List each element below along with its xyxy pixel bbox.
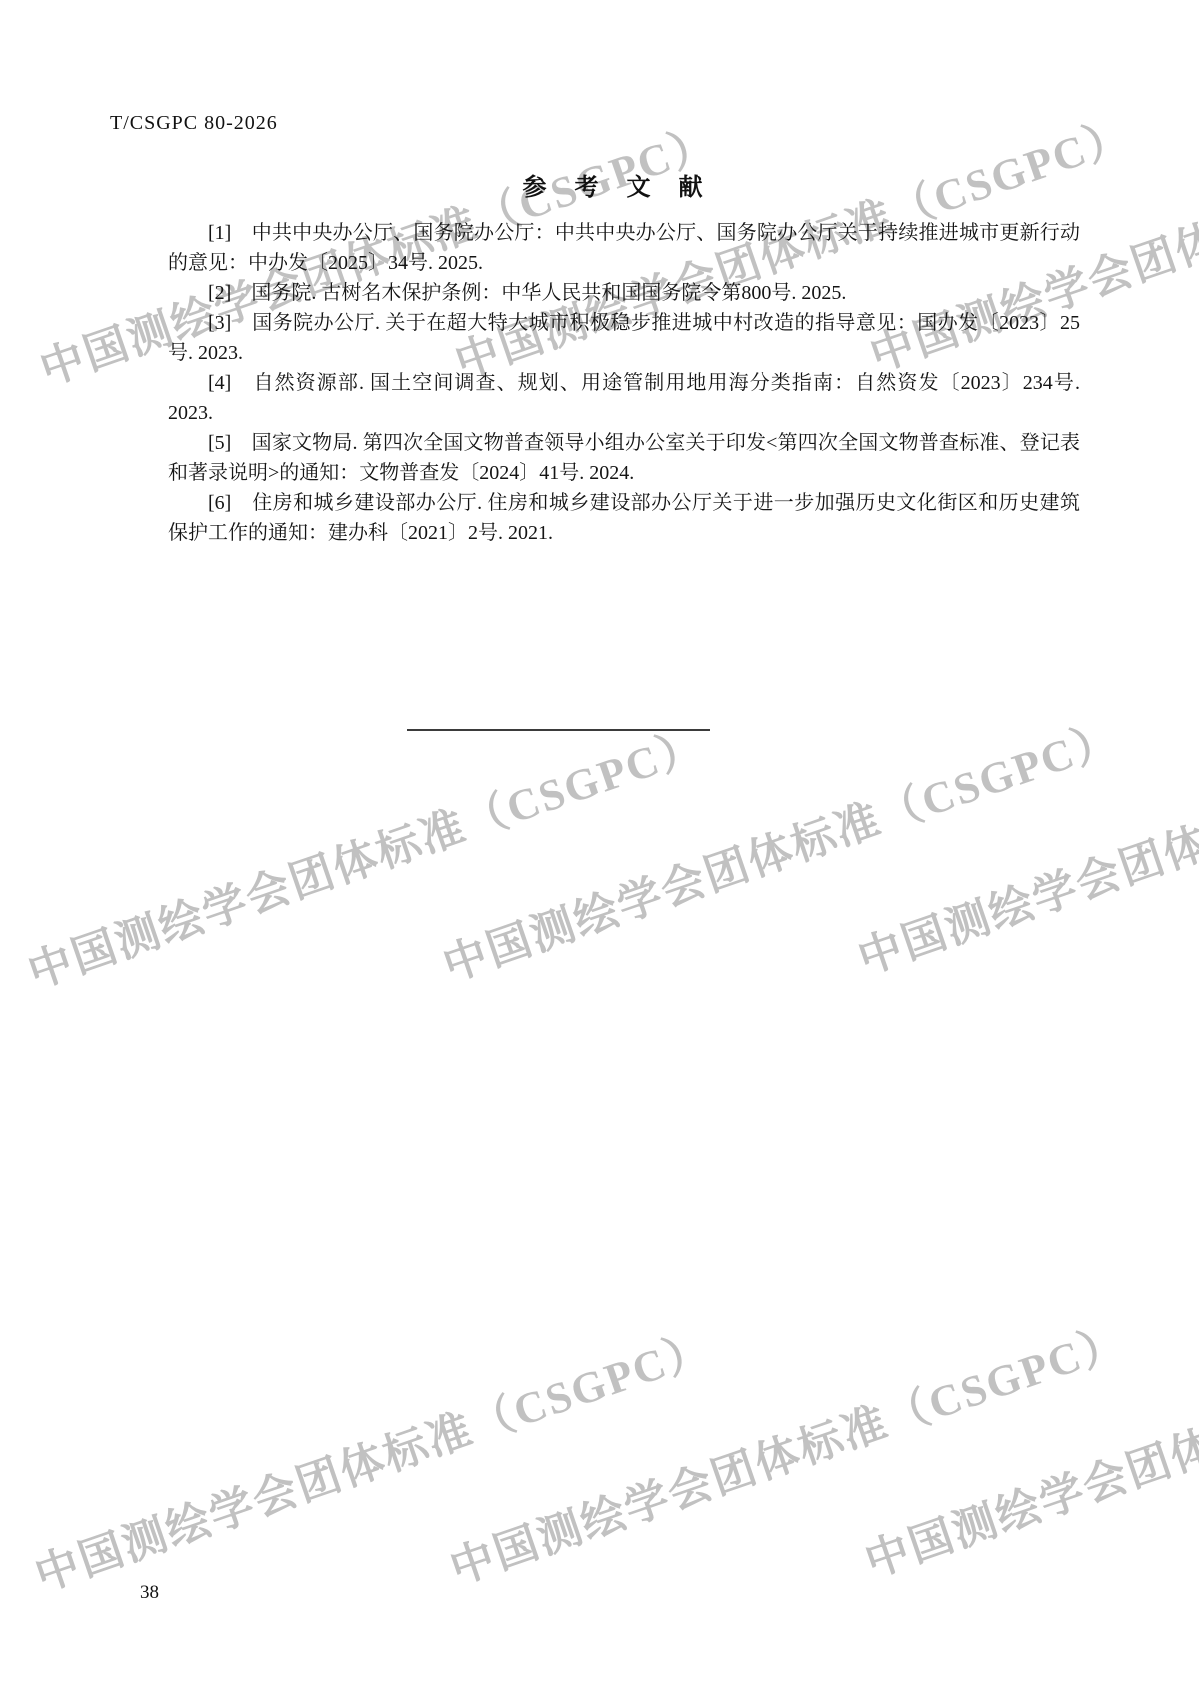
reference-item: [5] 国家文物局. 第四次全国文物普查领导小组办公室关于印发<第四次全国文物普… xyxy=(168,428,1080,488)
page-number: 38 xyxy=(140,1582,159,1604)
reference-list: [1] 中共中央办公厅、国务院办公厅：中共中央办公厅、国务院办公厅关于持续推进城… xyxy=(168,218,1080,548)
reference-item: [3] 国务院办公厅. 关于在超大特大城市积极稳步推进城中村改造的指导意见：国办… xyxy=(168,308,1080,368)
separator-line xyxy=(407,729,710,731)
reference-item: [6] 住房和城乡建设部办公厅. 住房和城乡建设部办公厅关于进一步加强历史文化街… xyxy=(168,488,1080,548)
reference-item: [4] 自然资源部. 国土空间调查、规划、用途管制用地用海分类指南：自然资发〔2… xyxy=(168,368,1080,428)
reference-item: [1] 中共中央办公厅、国务院办公厅：中共中央办公厅、国务院办公厅关于持续推进城… xyxy=(168,218,1080,278)
document-code: T/CSGPC 80-2026 xyxy=(110,112,278,135)
reference-item: [2] 国务院. 古树名木保护条例：中华人民共和国国务院令第800号. 2025… xyxy=(168,278,1080,308)
page-content: T/CSGPC 80-2026 参 考 文 献 [1] 中共中央办公厅、国务院办… xyxy=(0,0,1199,1696)
document-page: 中国测绘学会团体标准（CSGPC） 中国测绘学会团体标准（CSGPC） 中国测绘… xyxy=(0,0,1199,1696)
page-title: 参 考 文 献 xyxy=(14,167,1199,202)
